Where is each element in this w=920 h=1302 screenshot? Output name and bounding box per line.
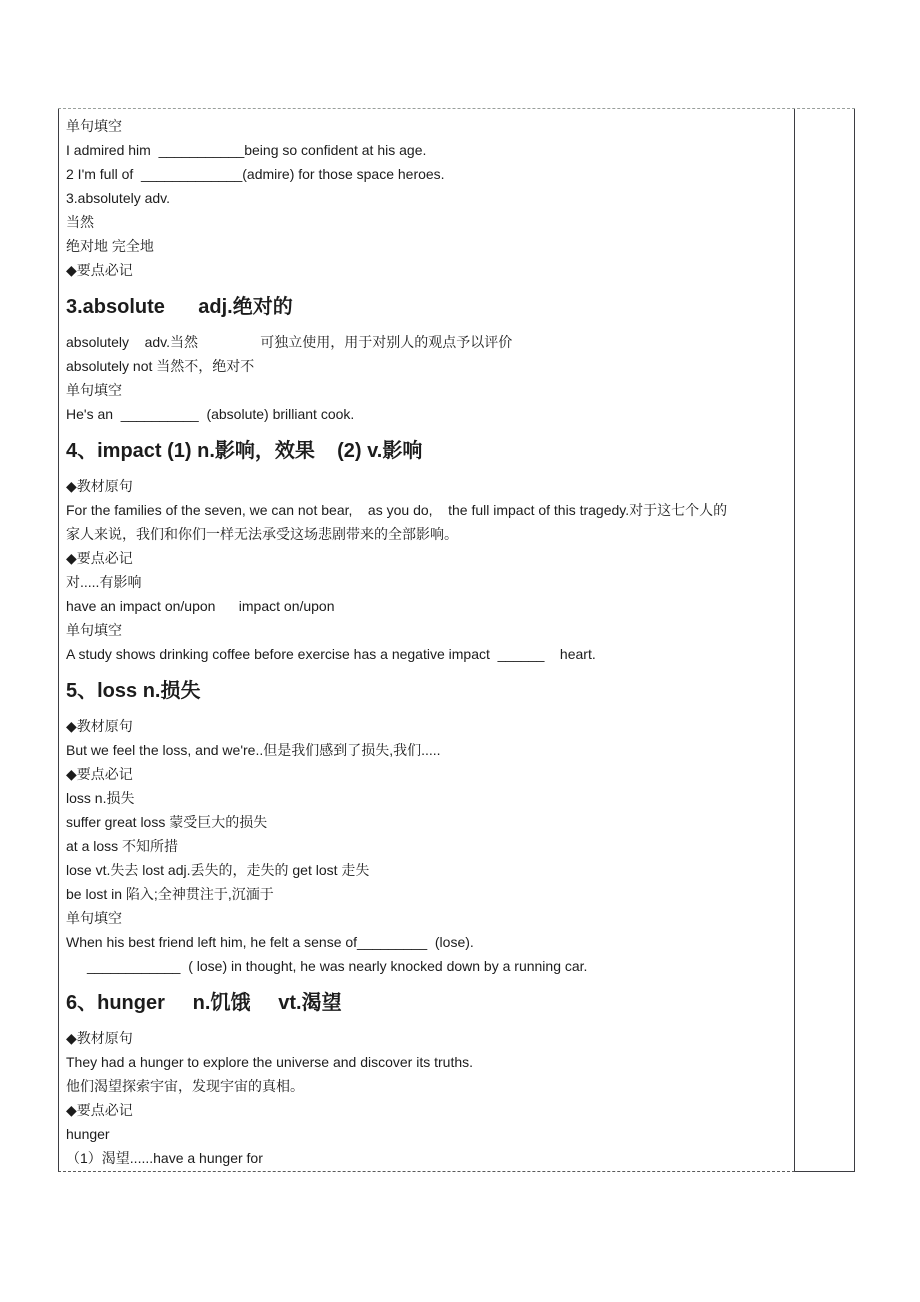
text-line: 3.absolutely adv. — [66, 186, 788, 210]
vocab-table: 单句填空I admired him ___________being so co… — [58, 108, 855, 1172]
text-line: loss n.损失 — [66, 786, 788, 810]
text-line: I admired him ___________being so confid… — [66, 138, 788, 162]
text-line: ◆教材原句 — [66, 714, 788, 738]
text-line: For the families of the seven, we can no… — [66, 498, 788, 522]
text-line: 2 I'm full of _____________(admire) for … — [66, 162, 788, 186]
text-line: ◆要点必记 — [66, 258, 788, 282]
entry-heading: 3.absolute adj.绝对的 — [66, 292, 788, 322]
main-cell: 单句填空I admired him ___________being so co… — [58, 109, 795, 1172]
text-line: lose vt.失去 lost adj.丢失的，走失的 get lost 走失 — [66, 858, 788, 882]
text-line: ◆要点必记 — [66, 546, 788, 570]
text-line: 绝对地 完全地 — [66, 234, 788, 258]
text-line: 单句填空 — [66, 618, 788, 642]
text-line: ◆要点必记 — [66, 1098, 788, 1122]
text-line: 他们渴望探索宇宙，发现宇宙的真相。 — [66, 1074, 788, 1098]
text-line: 单句填空 — [66, 378, 788, 402]
text-line: 当然 — [66, 210, 788, 234]
text-line: But we feel the loss, and we're..但是我们感到了… — [66, 738, 788, 762]
text-line: 对.....有影响 — [66, 570, 788, 594]
text-line: ◆教材原句 — [66, 1026, 788, 1050]
text-line: suffer great loss 蒙受巨大的损失 — [66, 810, 788, 834]
text-line: ◆要点必记 — [66, 762, 788, 786]
side-cell — [795, 109, 855, 1172]
entry-heading: 5、loss n.损失 — [66, 676, 788, 706]
document-page: 单句填空I admired him ___________being so co… — [0, 0, 920, 1302]
text-line: 单句填空 — [66, 114, 788, 138]
text-line: They had a hunger to explore the univers… — [66, 1050, 788, 1074]
text-line: When his best friend left him, he felt a… — [66, 930, 788, 954]
text-line: A study shows drinking coffee before exe… — [66, 642, 788, 666]
text-line: （1）渴望......have a hunger for — [66, 1146, 788, 1170]
text-line: He's an __________ (absolute) brilliant … — [66, 402, 788, 426]
entry-heading: 6、hunger n.饥饿 vt.渴望 — [66, 988, 788, 1018]
text-line: 单句填空 — [66, 906, 788, 930]
text-line: absolutely adv.当然 可独立使用，用于对别人的观点予以评价 — [66, 330, 788, 354]
text-line: have an impact on/upon impact on/upon — [66, 594, 788, 618]
entry-heading: 4、impact (1) n.影响，效果 (2) v.影响 — [66, 436, 788, 466]
text-line: 家人来说，我们和你们一样无法承受这场悲剧带来的全部影响。 — [66, 522, 788, 546]
text-line: ____________ ( lose) in thought, he was … — [66, 954, 788, 978]
text-line: be lost in 陷入;全神贯注于,沉湎于 — [66, 882, 788, 906]
text-line: at a loss 不知所措 — [66, 834, 788, 858]
text-line: absolutely not 当然不，绝对不 — [66, 354, 788, 378]
text-line: hunger — [66, 1122, 788, 1146]
text-line: ◆教材原句 — [66, 474, 788, 498]
